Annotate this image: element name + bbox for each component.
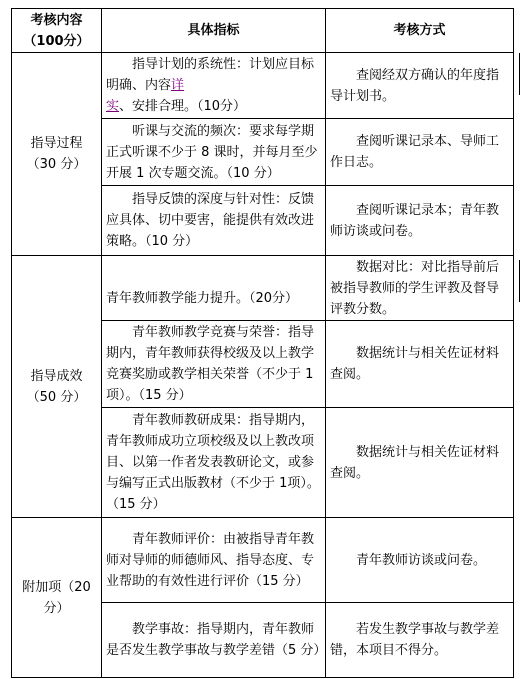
method-text: 若发生教学事故与教学差错，本项目不得分。: [330, 622, 499, 658]
header-category-line1: 考核内容: [16, 10, 97, 31]
category-cell-guidance-process: 指导过程 （30 分）: [12, 53, 102, 256]
category-cell-guidance-results: 指导成效 （50 分）: [12, 256, 102, 518]
header-method: 考核方式: [326, 9, 514, 53]
header-category-line2: （100分）: [16, 31, 97, 52]
method-text: 查阅听课记录本；青年教师访谈或问卷。: [330, 203, 499, 239]
indicator-text: 青年教师评价：由被指导青年教师对导师的师德师风、指导态度、专业帮助的有效性进行评…: [106, 532, 314, 589]
indicator-cell: 指导计划的系统性：计划应目标明确、内容详实、安排合理。（10分）: [102, 53, 326, 119]
indicator-cell: 教学事故：指导期内，青年教师是否发生教学事故与教学差错（5 分）: [102, 603, 326, 678]
header-category: 考核内容 （100分）: [12, 9, 102, 53]
method-cell: 查阅经双方确认的年度指导计划书。: [326, 53, 514, 119]
indicator-text: 听课与交流的频次：要求每学期正式听课不少于 8 课时，并每月至少开展 1 次专题…: [106, 124, 318, 181]
table-row: 指导成效 （50 分） 青年教师教学能力提升。（20分） 数据对比：对比指导前后…: [12, 256, 514, 321]
indicator-text: 指导反馈的深度与针对性：反馈应具体、切中要害，能提供有效改进策略。（10 分）: [106, 192, 314, 249]
indicator-text: 、安排合理。（10分）: [119, 99, 246, 114]
indicator-text: 青年教师教学能力提升。（20分）: [106, 291, 298, 306]
method-text: 查阅听课记录本、导师工作日志。: [330, 134, 499, 170]
method-text: 数据对比：对比指导前后被指导教师的学生评教及督导评教分数。: [330, 260, 499, 317]
category-score: （30 分）: [16, 154, 97, 175]
indicator-cell: 青年教师教研成果：指导期内，青年教师成功立项校级及以上教改项目、以第一作者发表教…: [102, 408, 326, 518]
method-text: 数据统计与相关佐证材料查阅。: [330, 346, 499, 382]
indicator-text: 青年教师教研成果：指导期内，青年教师成功立项校级及以上教改项目、以第一作者发表教…: [106, 413, 320, 512]
indicator-cell: 青年教师教学竞赛与荣誉：指导期内，青年教师获得校级及以上教学竞赛奖励或教学相关荣…: [102, 321, 326, 408]
method-text: 青年教师访谈或问卷。: [356, 553, 486, 568]
margin-change-bar: [519, 260, 520, 302]
category-title: 指导成效: [16, 366, 97, 387]
category-cell-additional-items: 附加项（20 分）: [12, 518, 102, 678]
method-cell: 数据统计与相关佐证材料查阅。: [326, 408, 514, 518]
method-text: 数据统计与相关佐证材料查阅。: [330, 445, 499, 481]
indicator-cell: 青年教师评价：由被指导青年教师对导师的师德师风、指导态度、专业帮助的有效性进行评…: [102, 518, 326, 603]
method-cell: 数据统计与相关佐证材料查阅。: [326, 321, 514, 408]
category-title: 附加项（20: [16, 577, 97, 598]
table-row: 指导过程 （30 分） 指导计划的系统性：计划应目标明确、内容详实、安排合理。（…: [12, 53, 514, 119]
indicator-cell: 青年教师教学能力提升。（20分）: [102, 256, 326, 321]
category-score: 分）: [16, 598, 97, 619]
method-cell: 若发生教学事故与教学差错，本项目不得分。: [326, 603, 514, 678]
header-row: 考核内容 （100分） 具体指标 考核方式: [12, 9, 514, 53]
header-indicator: 具体指标: [102, 9, 326, 53]
table-row: 附加项（20 分） 青年教师评价：由被指导青年教师对导师的师德师风、指导态度、专…: [12, 518, 514, 603]
indicator-cell: 听课与交流的频次：要求每学期正式听课不少于 8 课时，并每月至少开展 1 次专题…: [102, 119, 326, 186]
category-score: （50 分）: [16, 387, 97, 408]
indicator-cell: 指导反馈的深度与针对性：反馈应具体、切中要害，能提供有效改进策略。（10 分）: [102, 186, 326, 256]
indicator-text: 青年教师教学竞赛与荣誉：指导期内，青年教师获得校级及以上教学竞赛奖励或教学相关荣…: [106, 325, 314, 403]
indicator-text: 指导计划的系统性：计划应目标明确、内容: [106, 57, 314, 93]
method-cell: 青年教师访谈或问卷。: [326, 518, 514, 603]
method-cell: 查阅听课记录本、导师工作日志。: [326, 119, 514, 186]
margin-change-bar: [519, 53, 520, 95]
method-cell: 数据对比：对比指导前后被指导教师的学生评教及督导评教分数。: [326, 256, 514, 321]
category-title: 指导过程: [16, 133, 97, 154]
indicator-text: 教学事故：指导期内，青年教师是否发生教学事故与教学差错（5 分）: [106, 622, 326, 658]
method-text: 查阅经双方确认的年度指导计划书。: [330, 68, 499, 104]
assessment-table: 考核内容 （100分） 具体指标 考核方式 指导过程 （30 分） 指导计划的系…: [11, 8, 514, 678]
method-cell: 查阅听课记录本；青年教师访谈或问卷。: [326, 186, 514, 256]
